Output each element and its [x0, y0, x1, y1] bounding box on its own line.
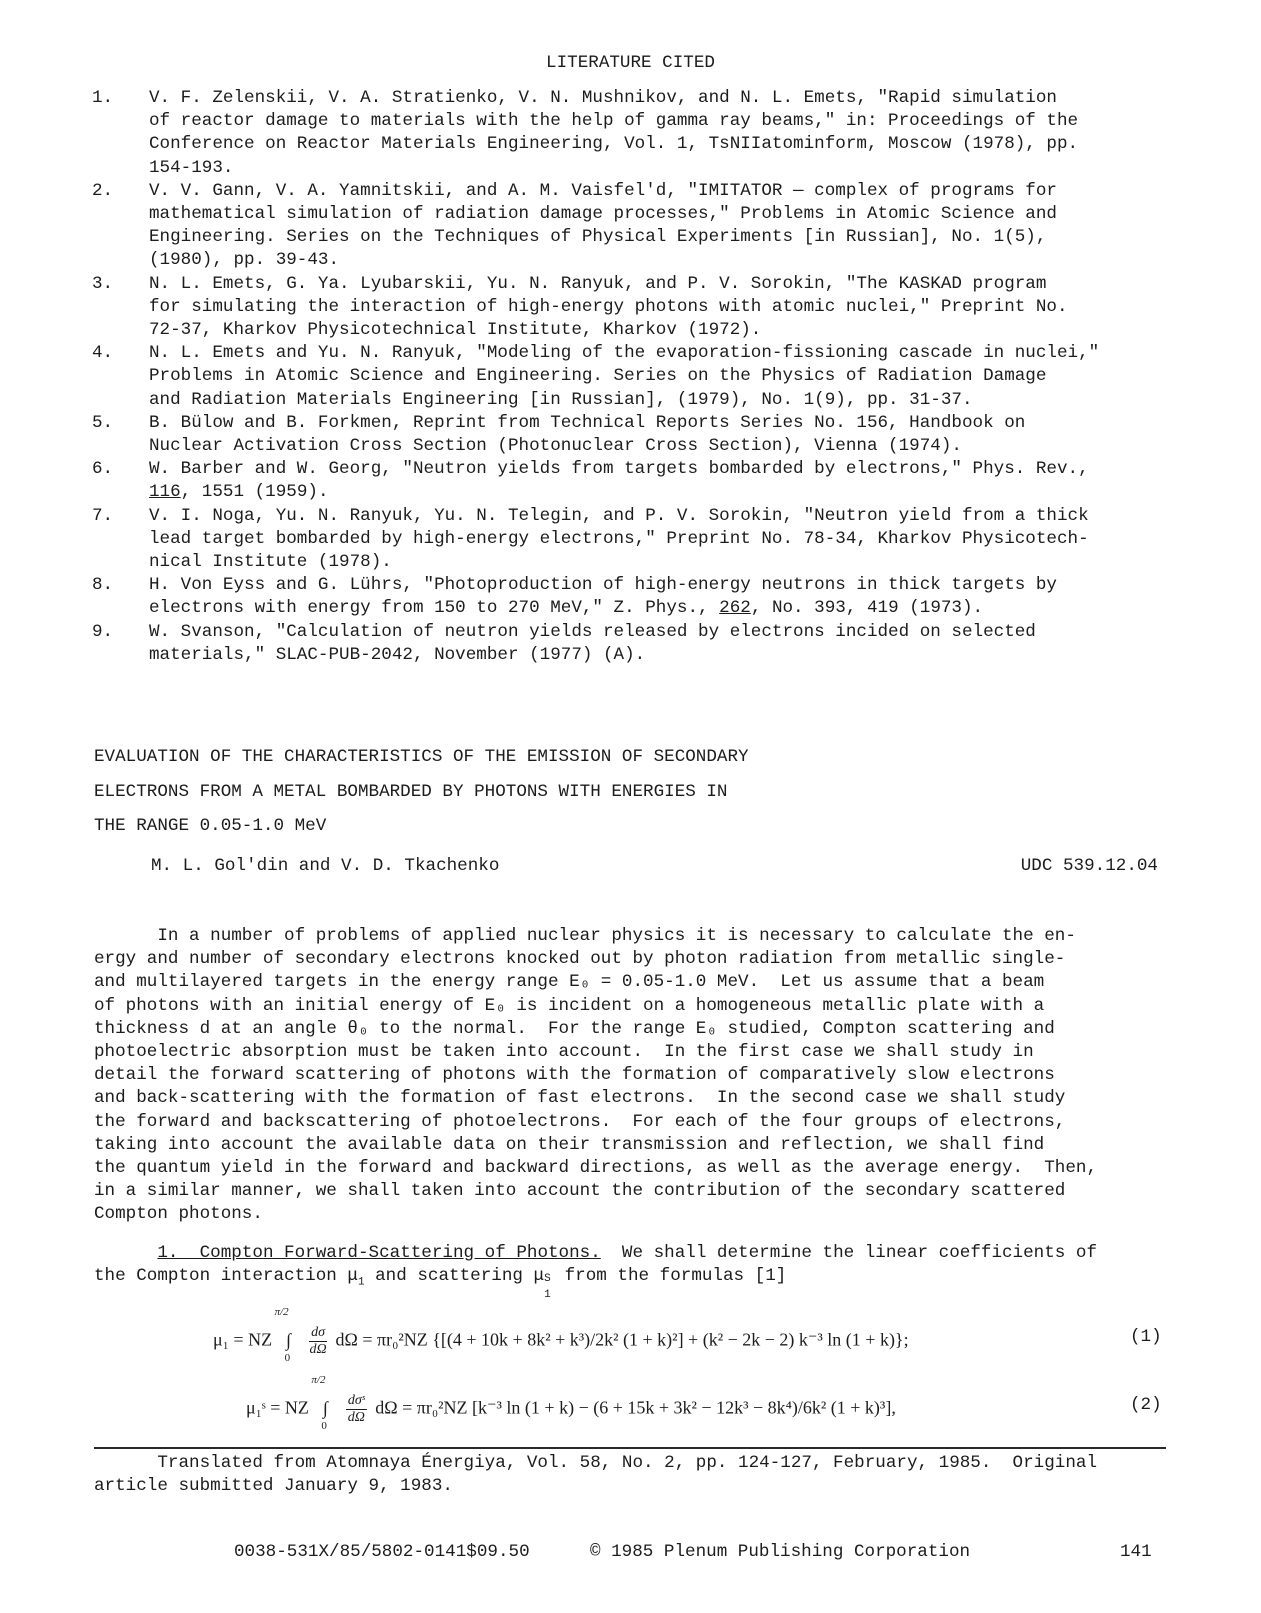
fraction: dσˢdΩ — [346, 1393, 367, 1426]
reference-text: , 1551 (1959). — [181, 482, 329, 502]
article-title-line: THE RANGE 0.05-1.0 MeV — [94, 809, 749, 844]
intro-paragraph: In a number of problems of applied nucle… — [94, 925, 1194, 1227]
paragraph-line: in a similar manner, we shall taken into… — [94, 1180, 1194, 1203]
equation-number: (2) — [1130, 1395, 1162, 1415]
reference-line: for simulating the interaction of high-e… — [149, 296, 1182, 319]
integral-sign: ∫π/20 — [277, 1330, 301, 1351]
paragraph-line: photoelectric absorption must be taken i… — [94, 1041, 1194, 1064]
reference-number: 8. — [92, 574, 113, 597]
equation-rhs: dΩ = πr₀²NZ [k⁻³ ln (1 + k) − (6 + 15k +… — [375, 1398, 896, 1418]
article-title: EVALUATION OF THE CHARACTERISTICS OF THE… — [94, 740, 749, 844]
page-number: 141 — [1120, 1542, 1152, 1562]
reference-line: Nuclear Activation Cross Section (Photon… — [149, 435, 1182, 458]
reference-line: W. Svanson, "Calculation of neutron yiel… — [149, 621, 1182, 644]
journal-volume: 262 — [719, 598, 751, 618]
reference-number: 7. — [92, 505, 113, 528]
reference-number: 1. — [92, 87, 113, 110]
reference-line: Engineering. Series on the Techniques of… — [149, 226, 1182, 249]
paragraph-line: detail the forward scattering of photons… — [94, 1064, 1194, 1087]
reference-line: nical Institute (1978). — [149, 551, 1182, 574]
udc-code: UDC 539.12.04 — [1021, 856, 1158, 876]
reference-number: 3. — [92, 273, 113, 296]
reference-item: 9. W. Svanson, "Calculation of neutron y… — [92, 621, 1182, 667]
article-title-line: ELECTRONS FROM A METAL BOMBARDED BY PHOT… — [94, 775, 749, 810]
reference-number: 4. — [92, 342, 113, 365]
reference-item: 5. B. Bülow and B. Forkmen, Reprint from… — [92, 412, 1182, 458]
reference-list: 1. V. F. Zelenskii, V. A. Stratienko, V.… — [92, 87, 1182, 667]
reference-line: electrons with energy from 150 to 270 Me… — [149, 597, 1182, 620]
reference-line: 154-193. — [149, 157, 1182, 180]
reference-line: lead target bombarded by high-energy ele… — [149, 528, 1182, 551]
article-authors: M. L. Gol'din and V. D. Tkachenko — [151, 856, 499, 876]
reference-item: 4. N. L. Emets and Yu. N. Ranyuk, "Model… — [92, 342, 1182, 412]
reference-line: mathematical simulation of radiation dam… — [149, 203, 1182, 226]
paragraph-line: and back-scattering with the formation o… — [94, 1087, 1194, 1110]
reference-item: 6. W. Barber and W. Georg, "Neutron yiel… — [92, 458, 1182, 504]
article-title-line: EVALUATION OF THE CHARACTERISTICS OF THE… — [94, 740, 749, 775]
literature-cited-heading: LITERATURE CITED — [0, 53, 1261, 73]
paragraph-line: In a number of problems of applied nucle… — [94, 925, 1194, 948]
reference-line: (1980), pp. 39-43. — [149, 249, 1182, 272]
equation-1: μ₁ = NZ ∫π/20 dσdΩ dΩ = πr₀²NZ {[(4 + 10… — [213, 1325, 909, 1358]
reference-line: Problems in Atomic Science and Engineeri… — [149, 365, 1182, 388]
footnote-line: article submitted January 9, 1983. — [94, 1475, 1194, 1498]
reference-text: , No. 393, 419 (1973). — [751, 598, 983, 618]
reference-item: 7. V. I. Noga, Yu. N. Ranyuk, Yu. N. Tel… — [92, 505, 1182, 575]
equation-rhs: dΩ = πr₀²NZ {[(4 + 10k + 8k² + k³)/2k² (… — [335, 1330, 908, 1350]
reference-text: electrons with energy from 150 to 270 Me… — [149, 598, 719, 618]
reference-line: Conference on Reactor Materials Engineer… — [149, 133, 1182, 156]
paragraph-text: We shall determine the linear coefficien… — [601, 1243, 1097, 1263]
reference-line: materials," SLAC-PUB-2042, November (197… — [149, 644, 1182, 667]
section-1-paragraph: 1. Compton Forward-Scattering of Photons… — [94, 1242, 1194, 1295]
paragraph-line: Compton photons. — [94, 1203, 1194, 1226]
reference-line: and Radiation Materials Engineering [in … — [149, 389, 1182, 412]
reference-item: 3. N. L. Emets, G. Ya. Lyubarskii, Yu. N… — [92, 273, 1182, 343]
paragraph-line: the forward and backscattering of photoe… — [94, 1111, 1194, 1134]
reference-item: 1. V. F. Zelenskii, V. A. Stratienko, V.… — [92, 87, 1182, 180]
paragraph-line: ergy and number of secondary electrons k… — [94, 948, 1194, 971]
copyright-notice: © 1985 Plenum Publishing Corporation — [590, 1542, 970, 1562]
equation-number: (1) — [1130, 1327, 1162, 1347]
reference-line: V. F. Zelenskii, V. A. Stratienko, V. N.… — [149, 87, 1182, 110]
reference-number: 5. — [92, 412, 113, 435]
equation-lhs: μ₁ˢ = NZ — [246, 1398, 309, 1418]
paragraph-line: and multilayered targets in the energy r… — [94, 971, 1194, 994]
translation-footnote: Translated from Atomnaya Énergiya, Vol. … — [94, 1452, 1194, 1498]
paragraph-line: of photons with an initial energy of E₀ … — [94, 995, 1194, 1018]
reference-line: of reactor damage to materials with the … — [149, 110, 1182, 133]
reference-line: V. V. Gann, V. A. Yamnitskii, and A. M. … — [149, 180, 1182, 203]
equation-lhs: μ₁ = NZ — [213, 1330, 272, 1350]
article-code: 0038-531X/85/5802-0141$09.50 — [234, 1542, 530, 1562]
reference-number: 2. — [92, 180, 113, 203]
reference-line: 72-37, Kharkov Physicotechnical Institut… — [149, 319, 1182, 342]
footnote-line: Translated from Atomnaya Énergiya, Vol. … — [94, 1452, 1194, 1475]
reference-line: V. I. Noga, Yu. N. Ranyuk, Yu. N. Telegi… — [149, 505, 1182, 528]
footnote-divider — [94, 1447, 1166, 1449]
reference-line: W. Barber and W. Georg, "Neutron yields … — [149, 458, 1182, 481]
reference-line: N. L. Emets and Yu. N. Ranyuk, "Modeling… — [149, 342, 1182, 365]
reference-line: B. Bülow and B. Forkmen, Reprint from Te… — [149, 412, 1182, 435]
integral-sign: ∫π/20 — [313, 1398, 337, 1419]
reference-line: N. L. Emets, G. Ya. Lyubarskii, Yu. N. R… — [149, 273, 1182, 296]
equation-2: μ₁ˢ = NZ ∫π/20 dσˢdΩ dΩ = πr₀²NZ [k⁻³ ln… — [246, 1393, 896, 1426]
reference-number: 9. — [92, 621, 113, 644]
reference-number: 6. — [92, 458, 113, 481]
paragraph-line: thickness d at an angle θ₀ to the normal… — [94, 1018, 1194, 1041]
paragraph-line: the quantum yield in the forward and bac… — [94, 1157, 1194, 1180]
reference-item: 8. H. Von Eyss and G. Lührs, "Photoprodu… — [92, 574, 1182, 620]
section-heading: 1. Compton Forward-Scattering of Photons… — [157, 1243, 600, 1263]
fraction: dσdΩ — [309, 1325, 327, 1358]
reference-line: H. Von Eyss and G. Lührs, "Photoproducti… — [149, 574, 1182, 597]
reference-item: 2. V. V. Gann, V. A. Yamnitskii, and A. … — [92, 180, 1182, 273]
journal-volume: 116 — [149, 482, 181, 502]
paragraph-line: taking into account the available data o… — [94, 1134, 1194, 1157]
reference-line: 116, 1551 (1959). — [149, 481, 1182, 504]
